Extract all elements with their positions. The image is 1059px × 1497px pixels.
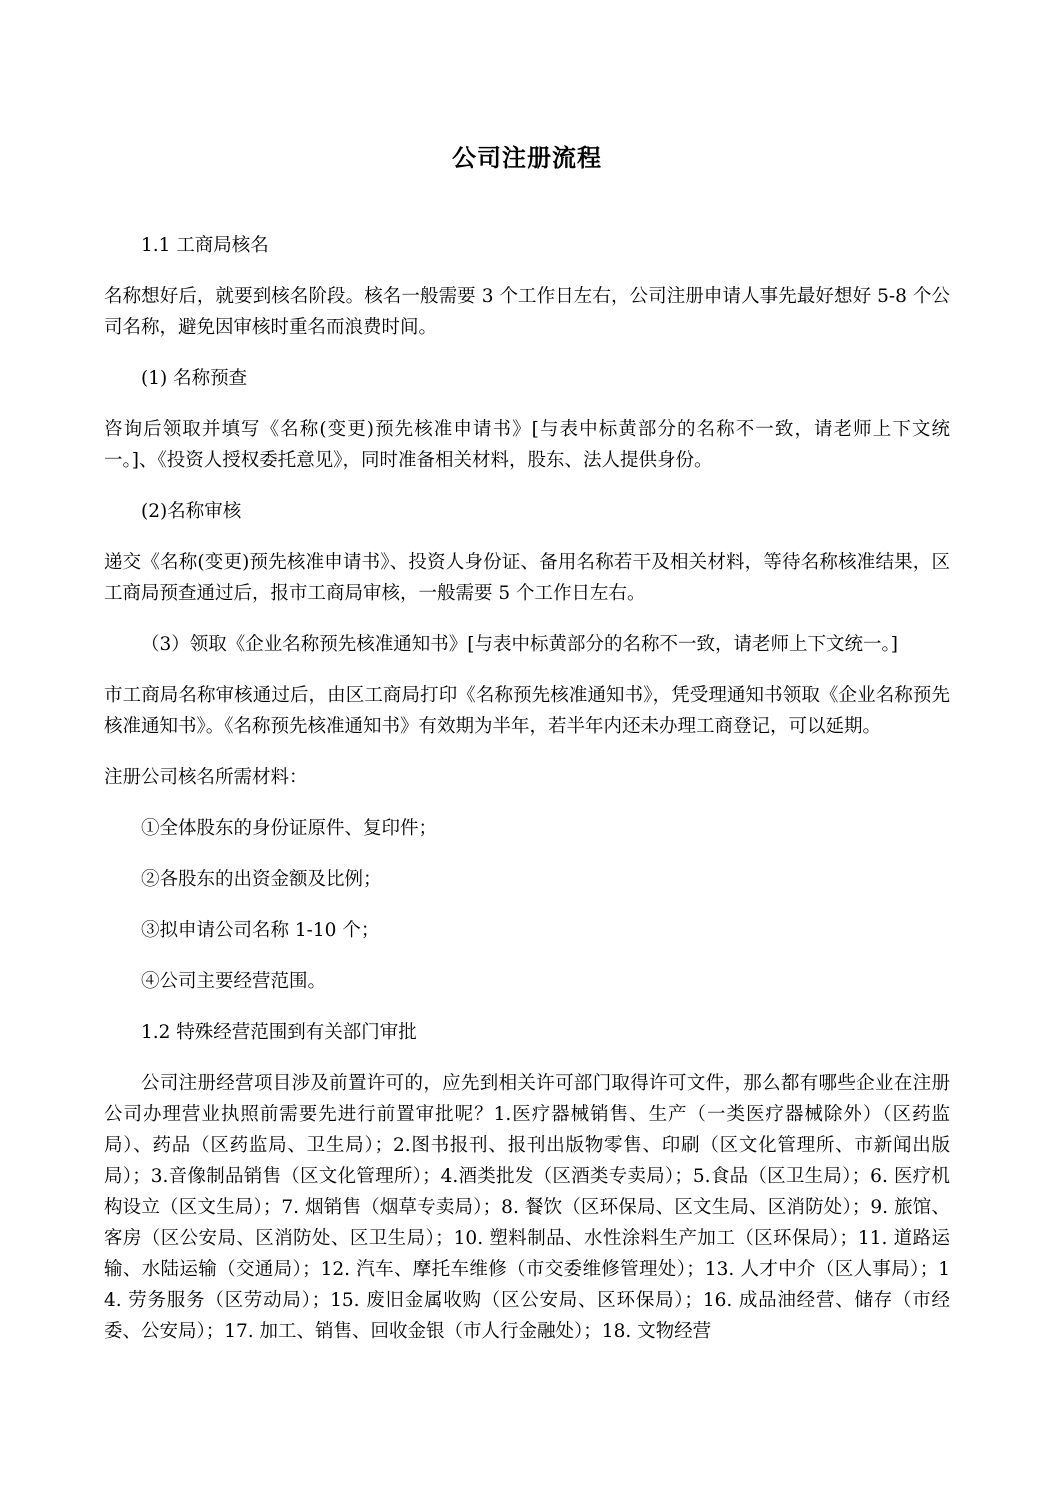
- material-item-3: ③拟申请公司名称 1-10 个；: [104, 915, 950, 946]
- heading-step-1-name-precheck: (1) 名称预查: [104, 363, 950, 394]
- document-page: 公司注册流程 1.1 工商局核名 名称想好后，就要到核名阶段。核名一般需要 3 …: [0, 0, 1059, 1497]
- material-item-1: ①全体股东的身份证原件、复印件；: [104, 813, 950, 844]
- paragraph-step-1: 咨询后领取并填写《名称(变更)预先核准申请书》[与表中标黄部分的名称不一致，请老…: [104, 414, 950, 476]
- paragraph-special-business-approval: 公司注册经营项目涉及前置许可的，应先到相关许可部门取得许可文件，那么都有哪些企业…: [104, 1068, 950, 1347]
- paragraph-step-2: 递交《名称(变更)预先核准申请书》、投资人身份证、备用名称若干及相关材料，等待名…: [104, 547, 950, 609]
- heading-step-3-obtain-notice: （3）领取《企业名称预先核准通知书》[与表中标黄部分的名称不一致，请老师上下文统…: [104, 629, 950, 660]
- document-title: 公司注册流程: [104, 143, 950, 173]
- material-item-2: ②各股东的出资金额及比例；: [104, 864, 950, 895]
- material-item-4: ④公司主要经营范围。: [104, 966, 950, 997]
- heading-1-1: 1.1 工商局核名: [104, 230, 950, 261]
- paragraph-name-check-intro: 名称想好后，就要到核名阶段。核名一般需要 3 个工作日左右，公司注册申请人事先最…: [104, 281, 950, 343]
- heading-1-2: 1.2 特殊经营范围到有关部门审批: [104, 1017, 950, 1048]
- paragraph-step-3: 市工商局名称审核通过后，由区工商局打印《名称预先核准通知书》，凭受理通知书领取《…: [104, 680, 950, 742]
- paragraph-materials-intro: 注册公司核名所需材料：: [104, 762, 950, 793]
- heading-step-2-name-review: (2)名称审核: [104, 496, 950, 527]
